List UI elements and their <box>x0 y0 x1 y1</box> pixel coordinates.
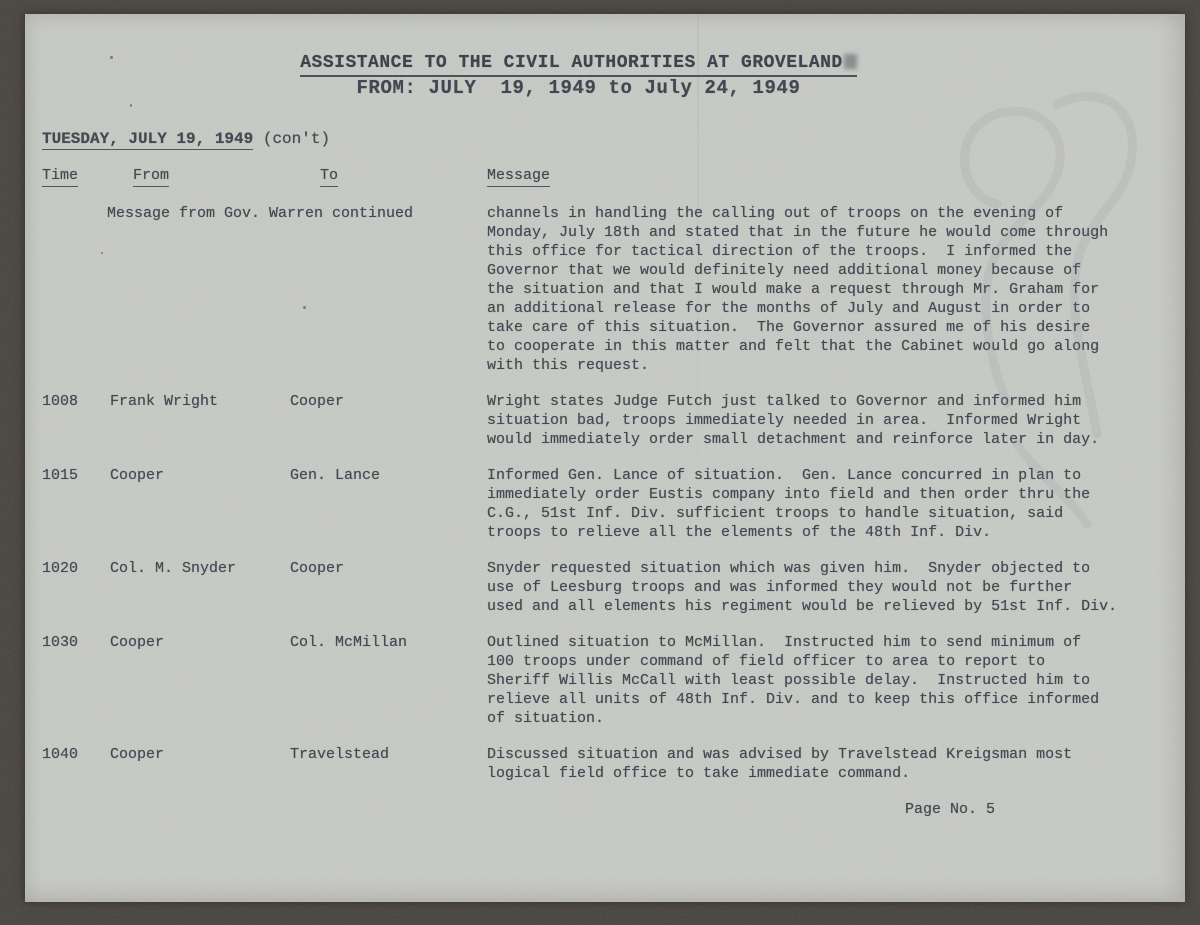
log-message: Wright states Judge Futch just talked to… <box>487 392 1167 449</box>
log-time: 1030 <box>42 633 110 652</box>
column-header-time: Time <box>42 167 78 187</box>
log-time: 1008 <box>42 392 110 411</box>
dust-speck <box>101 252 103 254</box>
log-message: Outlined situation to McMillan. Instruct… <box>487 633 1167 728</box>
log-table: Message from Gov. Warren continued chann… <box>42 204 1185 783</box>
document-title-text: ASSISTANCE TO THE CIVIL AUTHORITIES AT G… <box>300 53 842 73</box>
log-message: Informed Gen. Lance of situation. Gen. L… <box>487 466 1167 542</box>
log-time: 1040 <box>42 745 110 764</box>
log-message: Snyder requested situation which was giv… <box>487 559 1167 616</box>
column-header-message: Message <box>487 167 550 187</box>
log-to: Col. McMillan <box>290 633 487 652</box>
log-from: Col. M. Snyder <box>110 559 290 578</box>
log-row: 1030 Cooper Col. McMillan Outlined situa… <box>42 633 1185 728</box>
log-message: Discussed situation and was advised by T… <box>487 745 1167 783</box>
log-time: 1015 <box>42 466 110 485</box>
dust-speck <box>130 104 132 107</box>
log-time: 1020 <box>42 559 110 578</box>
column-header-to: To <box>320 167 338 187</box>
log-from: Cooper <box>110 633 290 652</box>
document-title: ASSISTANCE TO THE CIVIL AUTHORITIES AT G… <box>300 52 856 77</box>
log-row: 1008 Frank Wright Cooper Wright states J… <box>42 392 1185 449</box>
log-row-continued: Message from Gov. Warren continued chann… <box>42 204 1185 375</box>
log-to: Cooper <box>290 392 487 411</box>
log-message: channels in handling the calling out of … <box>487 204 1167 375</box>
dust-speck <box>303 306 306 309</box>
scan-mat: { "doc": { "title": "ASSISTANCE TO THE C… <box>0 0 1200 925</box>
ink-smudge <box>844 54 857 69</box>
page-number: Page No. 5 <box>905 800 1185 819</box>
log-row: 1020 Col. M. Snyder Cooper Snyder reques… <box>42 559 1185 616</box>
dust-speck <box>110 56 113 59</box>
log-row: 1040 Cooper Travelstead Discussed situat… <box>42 745 1185 783</box>
section-heading: TUESDAY, JULY 19, 1949 (con't) <box>42 130 1185 149</box>
log-column-headers: Time From To Message <box>42 167 1185 186</box>
log-to: Cooper <box>290 559 487 578</box>
log-from: Frank Wright <box>110 392 290 411</box>
log-to: Travelstead <box>290 745 487 764</box>
log-to: Gen. Lance <box>290 466 487 485</box>
document-subtitle: FROM: JULY 19, 1949 to July 24, 1949 <box>42 77 1115 99</box>
section-date: TUESDAY, JULY 19, 1949 <box>42 130 253 150</box>
document-paper: ASSISTANCE TO THE CIVIL AUTHORITIES AT G… <box>25 14 1185 902</box>
section-suffix: (con't) <box>253 130 330 148</box>
title-block: ASSISTANCE TO THE CIVIL AUTHORITIES AT G… <box>42 52 1115 99</box>
log-continuation-note: Message from Gov. Warren continued <box>107 204 487 223</box>
log-row: 1015 Cooper Gen. Lance Informed Gen. Lan… <box>42 466 1185 542</box>
column-header-from: From <box>133 167 169 187</box>
log-from: Cooper <box>110 466 290 485</box>
log-from: Cooper <box>110 745 290 764</box>
